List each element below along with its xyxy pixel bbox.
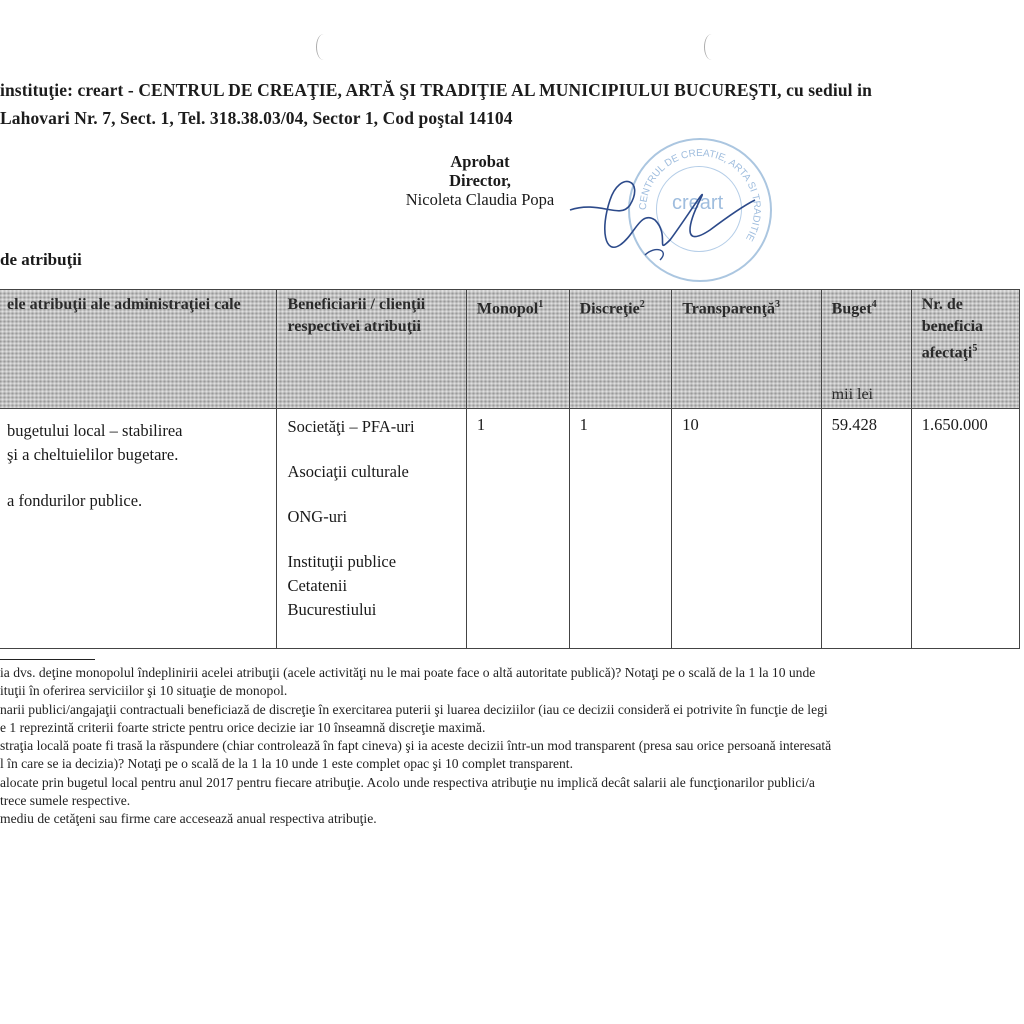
approval-block: Aprobat Director, Nicoleta Claudia Popa (380, 152, 580, 209)
footnote-line: trece sumele respective. (0, 792, 1024, 810)
footnote-line: mediu de cetăţeni sau firme care accesea… (0, 810, 1024, 828)
institution-header-line2: Lahovari Nr. 7, Sect. 1, Tel. 318.38.03/… (0, 108, 513, 129)
cell-beneficiaries: Societăţi – PFA-uri Asociaţii culturale … (277, 409, 466, 649)
footnote-line: e 1 reprezintă criterii foarte stricte p… (0, 719, 1024, 737)
column-header-monopol: Monopol1 (466, 290, 569, 409)
cell-nr-beneficiari: 1.650.000 (911, 409, 1019, 649)
cell-buget: 59.428 (821, 409, 911, 649)
cell-discretie: 1 (569, 409, 672, 649)
footnote-line: l în care se ia decizia)? Notaţi pe o sc… (0, 755, 1024, 773)
footnote-line: ia dvs. deţine monopolul îndeplinirii ac… (0, 664, 1024, 682)
table-row: bugetului local – stabilirea şi a cheltu… (0, 409, 1020, 649)
column-header-transparenta: Transparenţă3 (672, 290, 821, 409)
budget-unit-label: mii lei (832, 384, 873, 406)
section-title: de atribuţii (0, 250, 82, 270)
cell-attribution: bugetului local – stabilirea şi a cheltu… (0, 409, 277, 649)
footnote-line: straţia locală poate fi trasă la răspund… (0, 737, 1024, 755)
approver-name: Nicoleta Claudia Popa (380, 190, 580, 209)
punch-hole-mark (316, 34, 331, 60)
attributions-table: ele atribuţii ale administraţiei cale Be… (0, 289, 1020, 649)
institution-header-line1: instituţie: creart - CENTRUL DE CREAŢIE,… (0, 80, 872, 101)
footnote-separator (0, 659, 95, 660)
punch-hole-mark (704, 34, 719, 60)
signature-icon (560, 160, 760, 270)
column-header-buget: Buget4 mii lei (821, 290, 911, 409)
column-header-beneficiaries: Beneficiarii / clienţii respectivei atri… (277, 290, 466, 409)
cell-monopol: 1 (466, 409, 569, 649)
cell-transparenta: 10 (672, 409, 821, 649)
approval-title: Aprobat (380, 152, 580, 171)
column-header-attributions: ele atribuţii ale administraţiei cale (0, 290, 277, 409)
column-header-nr-beneficiari: Nr. de beneficia afectaţi5 (911, 290, 1019, 409)
footnote-line: ituţii în oferirea serviciilor şi 10 sit… (0, 682, 1024, 700)
column-header-discretie: Discreţie2 (569, 290, 672, 409)
footnotes: ia dvs. deţine monopolul îndeplinirii ac… (0, 664, 1024, 829)
table-header-row: ele atribuţii ale administraţiei cale Be… (0, 290, 1020, 409)
approval-role: Director, (380, 171, 580, 190)
footnote-line: narii publici/angajaţii contractuali ben… (0, 701, 1024, 719)
footnote-line: alocate prin bugetul local pentru anul 2… (0, 774, 1024, 792)
